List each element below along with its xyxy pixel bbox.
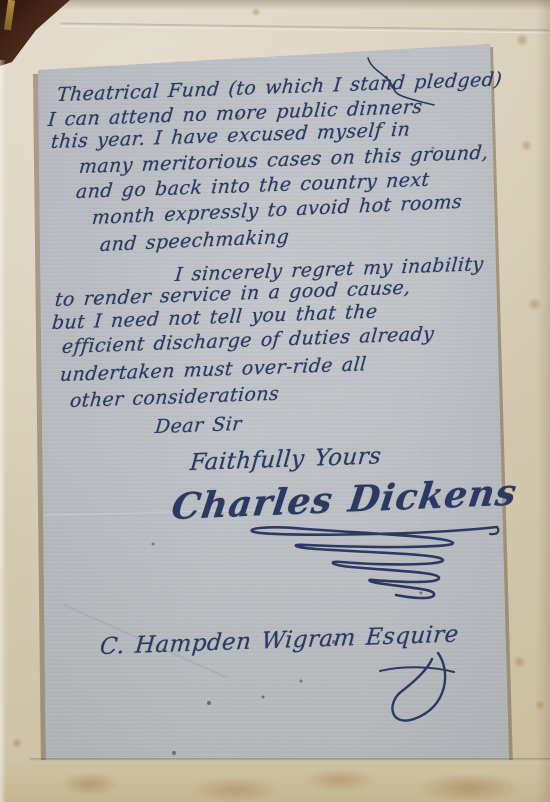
foxing-spot (520, 140, 533, 151)
book-cover-corner (0, 0, 78, 70)
signature-flourish (246, 521, 502, 605)
foxing-spot (512, 656, 527, 668)
page-edge-highlight (0, 60, 6, 802)
stained-page-band (0, 760, 550, 802)
ink-specks (0, 0, 2, 2)
letter-photograph: Theatrical Fund (to which I stand pledge… (0, 0, 550, 802)
gilt-edge (4, 0, 15, 30)
foxing-spot (10, 738, 24, 748)
closing-line: Dear Sir (154, 413, 243, 438)
page-top-shadow (0, 0, 550, 10)
esquire-flourish (352, 645, 462, 730)
page-edge-shadow (536, 0, 550, 802)
letter-bottom-edge-shadow (30, 758, 550, 761)
foxing-spot (514, 34, 530, 46)
album-page-crease (60, 23, 550, 34)
foxing-spot (250, 8, 262, 16)
